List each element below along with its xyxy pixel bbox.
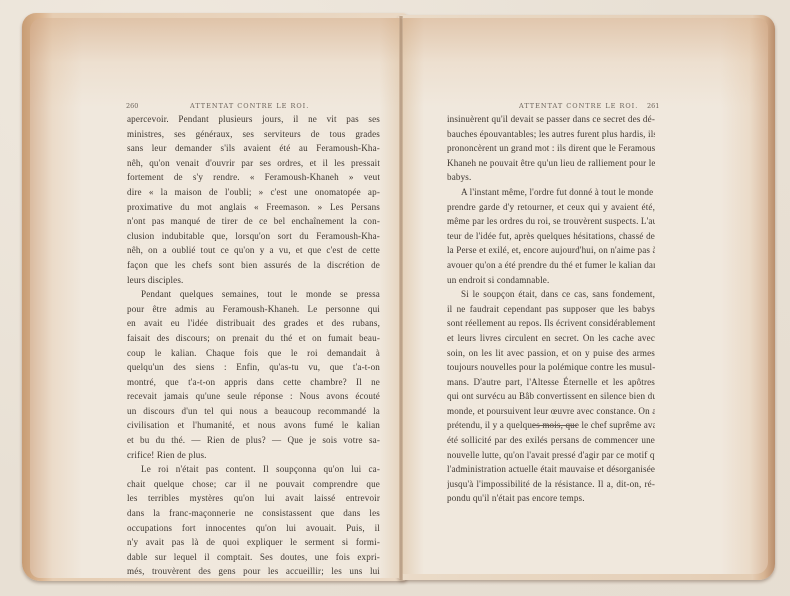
- text-line: Pendant quelques semaines, tout le monde…: [127, 287, 380, 302]
- text-line: nêh, on a oublié tout ce qu'on y a vu, e…: [127, 243, 380, 258]
- left-page-text: apercevoir. Pendant plusieurs jours, il …: [127, 112, 380, 579]
- text-line: dans la franc-maçonnerie ne consistassen…: [127, 506, 380, 521]
- text-line: civilisation et l'humanité, et nous avon…: [127, 418, 380, 433]
- text-line: sans leur demander s'ils avaient été au …: [127, 141, 380, 156]
- text-line: dable sur lequel il comptait. Ses doutes…: [127, 550, 380, 565]
- text-line: en avait eu l'idée distribuait des grade…: [127, 316, 380, 331]
- left-running-head: Attentat contre le roi.: [190, 102, 309, 110]
- text-line: proximative du mot anglais « Freemason. …: [127, 200, 380, 215]
- text-line: n'y avait pas là de quoi expliquer le se…: [127, 535, 380, 550]
- text-line: teur de l'idée fut, après quelques hésit…: [447, 229, 655, 244]
- text-line: la Perse et exilé, et, encore aujourd'hu…: [447, 243, 655, 258]
- text-line: prononcèrent un grand mot : ils dirent q…: [447, 141, 655, 156]
- right-page-number: 261: [647, 102, 659, 110]
- text-line: toujours nouvelles pour la polémique con…: [447, 360, 655, 375]
- text-line: més, trouvèrent des gens pour les accuei…: [127, 564, 380, 579]
- text-line: il ne faudrait cependant pas supposer qu…: [447, 302, 655, 317]
- right-running-head: Attentat contre le roi.: [519, 102, 638, 110]
- text-line: leurs disciples.: [127, 273, 380, 288]
- text-line: monde, et poursuivent leur œuvre avec co…: [447, 404, 655, 419]
- text-line: un endroit si condamnable.: [447, 273, 655, 288]
- text-line: façon que les chefs sont bien assurés de…: [127, 258, 380, 273]
- text-line: les terribles mystères qu'on lui avait l…: [127, 491, 380, 506]
- text-line: même par les ordres du roi, se trouvèren…: [447, 214, 655, 229]
- text-line: coup le kalian. Chaque fois que le roi d…: [127, 346, 380, 361]
- end-of-section-rule: [532, 425, 577, 426]
- text-line: avouer qu'on a été prendre du thé et fum…: [447, 258, 655, 273]
- text-line: nêh, qu'on venait d'ouvrir par ses ordre…: [127, 156, 380, 171]
- text-line: nouvelle lutte, qu'on l'avait pressé d'a…: [447, 448, 655, 463]
- text-line: mans. D'autre part, l'Altesse Éternelle …: [447, 375, 655, 390]
- text-line: prendre garde d'y retourner, et ceux qui…: [447, 200, 655, 215]
- text-line: A l'instant même, l'ordre fut donné à to…: [447, 185, 655, 200]
- text-line: et bu du thé. — Rien de plus? — Que je s…: [127, 433, 380, 448]
- text-line: Khaneh ne pouvait être qu'un lieu de ral…: [447, 156, 655, 171]
- text-line: soin, on les lit avec passion, et on y p…: [447, 346, 655, 361]
- text-line: clusion indubitable que, lorsqu'on sort …: [127, 229, 380, 244]
- text-line: ministres, ses généraux, ses serviteurs …: [127, 127, 380, 142]
- left-page: 260 Attentat contre le roi. apercevoir. …: [30, 18, 402, 578]
- text-line: quelqu'un des siens : Enfin, qu'as-tu vu…: [127, 360, 380, 375]
- text-line: Le roi n'était pas content. Il soupçonna…: [127, 462, 380, 477]
- text-line: insinuèrent qu'il devait se passer dans …: [447, 112, 655, 127]
- text-line: faisait des discours; on prenait du thé …: [127, 331, 380, 346]
- text-line: l'administration actuelle était mauvaise…: [447, 462, 655, 477]
- text-line: babys.: [447, 170, 655, 185]
- text-line: bauches épouvantables; les autres furent…: [447, 127, 655, 142]
- text-line: jusqu'à l'impossibilité de la résistance…: [447, 477, 655, 492]
- text-line: pondu qu'il n'était pas encore temps.: [447, 491, 655, 506]
- text-line: chait quelque chose; car il ne pouvait c…: [127, 477, 380, 492]
- text-line: n'ont pas manqué de tirer de ce bel ench…: [127, 214, 380, 229]
- text-line: été sollicité par des exilés persans de …: [447, 433, 655, 448]
- text-line: et leurs livres circulent en secret. On …: [447, 331, 655, 346]
- text-line: occupations fort innocentes qu'on lui av…: [127, 521, 380, 536]
- text-line: un discours d'un tel qui nous a beaucoup…: [127, 404, 380, 419]
- text-line: fortement de s'y rendre. « Feramoush-Kha…: [127, 170, 380, 185]
- text-line: sont réellement au repos. Ils écrivent c…: [447, 316, 655, 331]
- text-line: pour être admis au Feramoush-Khaneh. Le …: [127, 302, 380, 317]
- text-line: montré, que t'a-t-on appris dans cette c…: [127, 375, 380, 390]
- text-line: Si le soupçon était, dans ce cas, sans f…: [447, 287, 655, 302]
- text-line: qui ont survécu au Bâb convertissent en …: [447, 389, 655, 404]
- right-page: Attentat contre le roi. 261 insinuèrent …: [402, 18, 768, 574]
- text-line: crifice! Rien de plus.: [127, 448, 380, 463]
- text-line: apercevoir. Pendant plusieurs jours, il …: [127, 112, 380, 127]
- right-page-text: insinuèrent qu'il devait se passer dans …: [447, 112, 655, 506]
- book-gutter: [399, 16, 403, 580]
- left-page-number: 260: [126, 102, 138, 110]
- text-line: recevait jamais qu'une seule réponse : N…: [127, 389, 380, 404]
- text-line: dire « la maison de l'oubli; » c'est une…: [127, 185, 380, 200]
